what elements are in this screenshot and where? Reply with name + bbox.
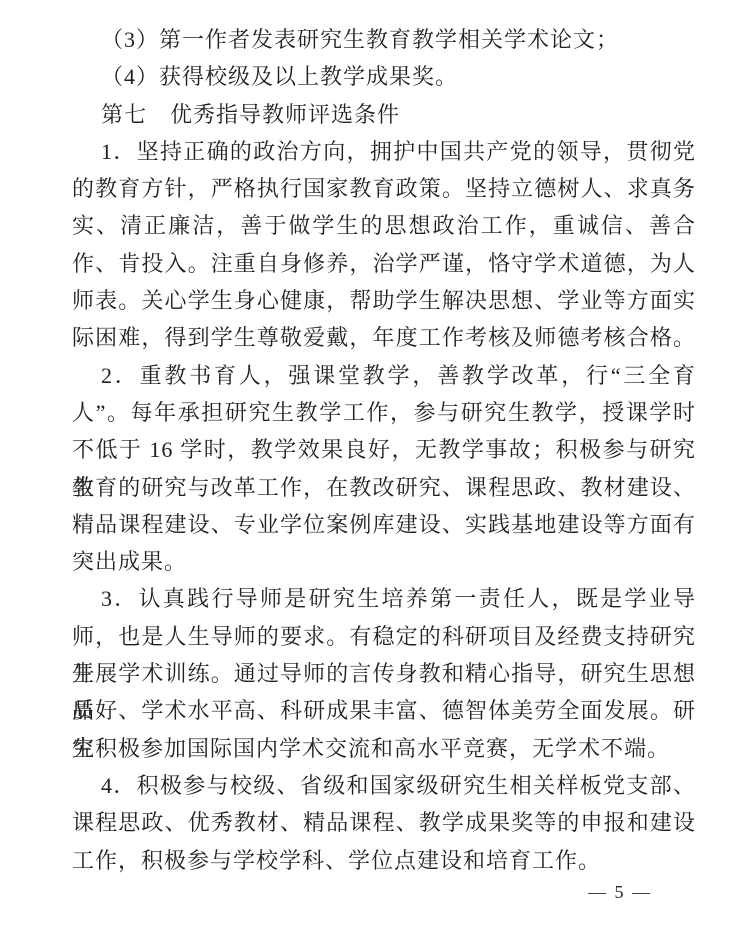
text-line: 精品课程建设、专业学位案例库建设、实践基地建设等方面有 [72,506,696,543]
text-line: 实、清正廉洁，善于做学生的思想政治工作，重诚信、善合 [72,207,696,244]
text-line: 不低于 16 学时，教学效果良好，无教学事故；积极参与研究生 [72,431,696,468]
text-line: 教育的研究与改革工作，在教改研究、课程思政、教材建设、 [72,469,696,506]
document-body: （3）第一作者发表研究生教育教学相关学术论文；（4）获得校级及以上教学成果奖。第… [72,21,696,879]
text-line: 师表。关心学生身心健康，帮助学生解决思想、学业等方面实 [72,282,696,319]
text-line: 人”。每年承担研究生教学工作，参与研究生教学，授课学时 [72,394,696,431]
page-number: — 5 — [588,882,652,903]
text-line: 际困难，得到学生尊敬爱戴，年度工作考核及师德考核合格。 [72,319,696,356]
text-line: （4）获得校级及以上教学成果奖。 [72,58,696,95]
text-line: 3．认真践行导师是研究生培养第一责任人，既是学业导 [72,580,696,617]
text-line: 的教育方针，严格执行国家教育政策。坚持立德树人、求真务 [72,170,696,207]
text-line: 4．积极参与校级、省级和国家级研究生相关样板党支部、 [72,767,696,804]
text-line: 生积极参加国际国内学术交流和高水平竞赛，无学术不端。 [72,730,696,767]
text-line: 第七 优秀指导教师评选条件 [72,96,696,133]
text-line: 作、肯投入。注重自身修养，治学严谨，恪守学术道德，为人 [72,245,696,282]
text-line: 质好、学术水平高、科研成果丰富、德智体美劳全面发展。研究 [72,692,696,729]
text-line: 2．重教书育人，强课堂教学，善教学改革，行“三全育 [72,357,696,394]
text-line: 开展学术训练。通过导师的言传身教和精心指导，研究生思想品 [72,655,696,692]
document-page: （3）第一作者发表研究生教育教学相关学术论文；（4）获得校级及以上教学成果奖。第… [0,0,756,928]
text-line: 师，也是人生导师的要求。有稳定的科研项目及经费支持研究生 [72,618,696,655]
text-line: 1．坚持正确的政治方向，拥护中国共产党的领导，贯彻党 [72,133,696,170]
text-line: 课程思政、优秀教材、精品课程、教学成果奖等的申报和建设 [72,804,696,841]
text-line: （3）第一作者发表研究生教育教学相关学术论文； [72,21,696,58]
text-line: 突出成果。 [72,543,696,580]
text-line: 工作，积极参与学校学科、学位点建设和培育工作。 [72,842,696,879]
